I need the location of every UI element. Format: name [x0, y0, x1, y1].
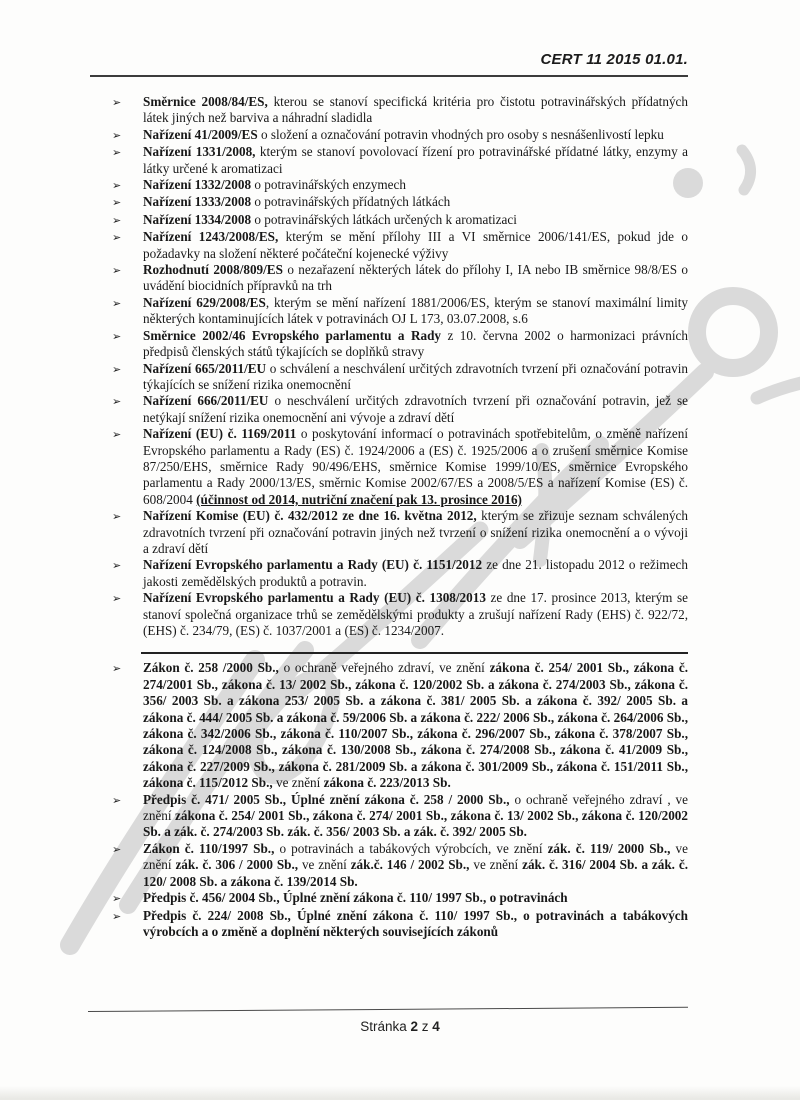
arrow-bullet-icon: ➢ — [112, 144, 143, 161]
list-item: ➢Nařízení 1333/2008 o potravinářských př… — [112, 194, 688, 211]
footer-rule — [88, 1007, 688, 1012]
list-item-text: Nařízení 666/2011/EU o neschválení určit… — [143, 393, 688, 426]
list-item-text: Nařízení 1243/2008/ES, kterým se mění př… — [143, 229, 688, 262]
list-item: ➢Předpis č. 456/ 2004 Sb., Úplné znění z… — [112, 890, 688, 907]
total-page-count: 4 — [432, 1019, 440, 1034]
list-item: ➢Směrnice 2002/46 Evropského parlamentu … — [112, 328, 688, 361]
list-item-text: Předpis č. 224/ 2008 Sb., Úplné znění zá… — [143, 908, 688, 941]
list-item: ➢Směrnice 2008/84/ES, kterou se stanoví … — [112, 94, 688, 127]
arrow-bullet-icon: ➢ — [112, 262, 143, 279]
arrow-bullet-icon: ➢ — [112, 792, 143, 809]
scanned-document-page: CERT 11 2015 01.01. ➢Směrnice 2008/84/ES… — [0, 0, 800, 1100]
list-item-text: Nařízení Evropského parlamentu a Rady (E… — [143, 590, 688, 639]
arrow-bullet-icon: ➢ — [112, 890, 143, 907]
list-item-text: Nařízení Komise (EU) č. 432/2012 ze dne … — [143, 508, 688, 557]
arrow-bullet-icon: ➢ — [112, 557, 143, 574]
list-item: ➢Nařízení Evropského parlamentu a Rady (… — [112, 590, 688, 639]
list-item: ➢Zákon č. 110/1997 Sb., o potravinách a … — [112, 841, 688, 890]
list-item-text: Nařízení 1333/2008 o potravinářských pří… — [143, 194, 688, 210]
arrow-bullet-icon: ➢ — [112, 660, 143, 677]
list-item: ➢Nařízení 1331/2008, kterým se stanoví p… — [112, 144, 688, 177]
list-item-text: Nařízení (EU) č. 1169/2011 o poskytování… — [143, 426, 688, 508]
list-item: ➢Nařízení Komise (EU) č. 432/2012 ze dne… — [112, 508, 688, 557]
arrow-bullet-icon: ➢ — [112, 328, 143, 345]
document-code: CERT 11 2015 01.01. — [540, 51, 688, 68]
arrow-bullet-icon: ➢ — [112, 127, 143, 144]
list-item-text: Předpis č. 471/ 2005 Sb., Úplné znění zá… — [143, 792, 688, 841]
arrow-bullet-icon: ➢ — [112, 212, 143, 229]
list-item-text: Zákon č. 258 /2000 Sb., o ochraně veřejn… — [143, 660, 688, 791]
list-item: ➢Rozhodnutí 2008/809/ES o nezařazení něk… — [112, 262, 688, 295]
list-item-text: Nařízení 1331/2008, kterým se stanoví po… — [143, 144, 688, 177]
scan-edge-shadow — [0, 1086, 800, 1100]
header-rule — [90, 75, 688, 77]
arrow-bullet-icon: ➢ — [112, 590, 143, 607]
eu-regulations-list: ➢Směrnice 2008/84/ES, kterou se stanoví … — [112, 94, 688, 639]
arrow-bullet-icon: ➢ — [112, 393, 143, 410]
national-laws-list: ➢Zákon č. 258 /2000 Sb., o ochraně veřej… — [112, 660, 688, 940]
list-item-text: Rozhodnutí 2008/809/ES o nezařazení někt… — [143, 262, 688, 295]
arrow-bullet-icon: ➢ — [112, 229, 143, 246]
list-item: ➢Nařízení 666/2011/EU o neschválení urči… — [112, 393, 688, 426]
list-item: ➢Nařízení (EU) č. 1169/2011 o poskytován… — [112, 426, 688, 508]
list-item-text: Směrnice 2002/46 Evropského parlamentu a… — [143, 328, 688, 361]
list-item: ➢Nařízení 1243/2008/ES, kterým se mění p… — [112, 229, 688, 262]
list-item: ➢Nařízení Evropského parlamentu a Rady (… — [112, 557, 688, 590]
list-item-text: Nařízení 665/2011/EU o schválení a nesch… — [143, 361, 688, 394]
arrow-bullet-icon: ➢ — [112, 908, 143, 925]
section-divider-rule — [141, 652, 688, 654]
list-item-text: Směrnice 2008/84/ES, kterou se stanoví s… — [143, 94, 688, 127]
list-item: ➢Předpis č. 471/ 2005 Sb., Úplné znění z… — [112, 792, 688, 841]
footer-of-word: z — [422, 1019, 429, 1034]
list-item: ➢Nařízení 665/2011/EU o schválení a nesc… — [112, 361, 688, 394]
page-number-footer: Stránka 2 z 4 — [0, 1019, 800, 1034]
arrow-bullet-icon: ➢ — [112, 508, 143, 525]
body-text-block: ➢Směrnice 2008/84/ES, kterou se stanoví … — [112, 94, 688, 940]
arrow-bullet-icon: ➢ — [112, 177, 143, 194]
arrow-bullet-icon: ➢ — [112, 94, 143, 111]
list-item-text: Nařízení Evropského parlamentu a Rady (E… — [143, 557, 688, 590]
arrow-bullet-icon: ➢ — [112, 361, 143, 378]
arrow-bullet-icon: ➢ — [112, 426, 143, 443]
list-item-text: Předpis č. 456/ 2004 Sb., Úplné znění zá… — [143, 890, 688, 906]
list-item-text: Zákon č. 110/1997 Sb., o potravinách a t… — [143, 841, 688, 890]
arrow-bullet-icon: ➢ — [112, 841, 143, 858]
list-item: ➢Nařízení 629/2008/ES, kterým se mění na… — [112, 295, 688, 328]
list-item-text: Nařízení 41/2009/ES o složení a označová… — [143, 127, 688, 143]
list-item: ➢Nařízení 1332/2008 o potravinářských en… — [112, 177, 688, 194]
list-item: ➢Nařízení 41/2009/ES o složení a označov… — [112, 127, 688, 144]
list-item: ➢Nařízení 1334/2008 o potravinářských lá… — [112, 212, 688, 229]
list-item-text: Nařízení 1332/2008 o potravinářských enz… — [143, 177, 688, 193]
list-item: ➢Předpis č. 224/ 2008 Sb., Úplné znění z… — [112, 908, 688, 941]
current-page-number: 2 — [410, 1019, 418, 1034]
footer-prefix: Stránka — [360, 1019, 407, 1034]
arrow-bullet-icon: ➢ — [112, 295, 143, 312]
list-item-text: Nařízení 1334/2008 o potravinářských lát… — [143, 212, 688, 228]
list-item: ➢Zákon č. 258 /2000 Sb., o ochraně veřej… — [112, 660, 688, 791]
list-item-text: Nařízení 629/2008/ES, kterým se mění nař… — [143, 295, 688, 328]
page-content: CERT 11 2015 01.01. ➢Směrnice 2008/84/ES… — [0, 0, 800, 1100]
arrow-bullet-icon: ➢ — [112, 194, 143, 211]
